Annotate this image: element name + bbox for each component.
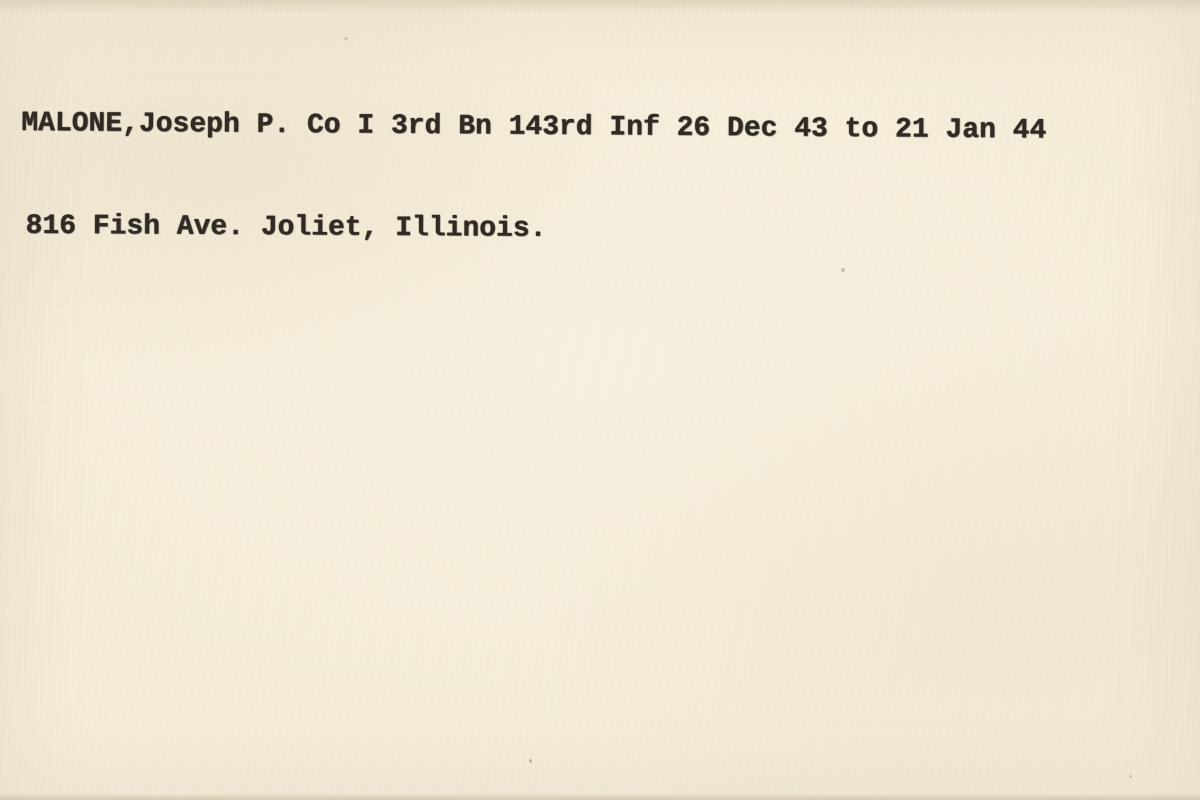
index-card: MALONE,Joseph P. Co I 3rd Bn 143rd Inf 2… <box>0 0 1200 800</box>
soldier-record-line: MALONE,Joseph P. Co I 3rd Bn 143rd Inf 2… <box>21 107 1046 149</box>
paper-speck <box>529 759 532 763</box>
typewritten-text-block: MALONE,Joseph P. Co I 3rd Bn 143rd Inf 2… <box>20 39 1047 319</box>
paper-speck <box>841 268 845 272</box>
address-line: 816 Fish Ave. Joliet, Illinois. <box>26 210 1046 250</box>
paper-speck <box>344 37 348 40</box>
paper-speck <box>1129 775 1132 778</box>
